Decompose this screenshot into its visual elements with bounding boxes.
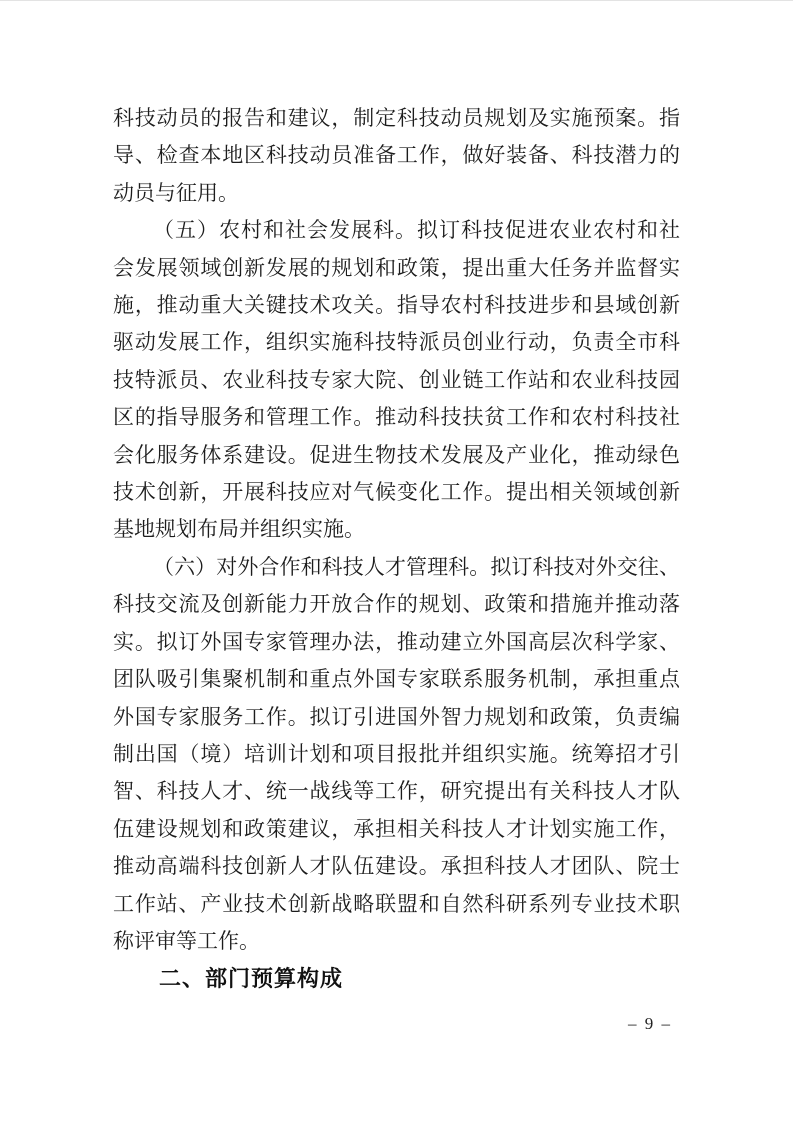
paragraph-section-5: （五）农村和社会发展科。拟订科技促进农业农村和社 会发展领域创新发展的规划和政策… <box>113 212 680 549</box>
body-line: （六）对外合作和科技人才管理科。拟订科技对外交往、 <box>113 549 680 586</box>
body-line: 施，推动重大关键技术攻关。指导农村科技进步和县域创新 <box>113 287 680 324</box>
body-line: 实。拟订外国专家管理办法，推动建立外国高层次科学家、 <box>113 624 680 661</box>
section-heading: 二、部门预算构成 <box>113 960 680 997</box>
body-line: 伍建设规划和政策建议，承担相关科技人才计划实施工作， <box>113 811 680 848</box>
paragraph-section-6: （六）对外合作和科技人才管理科。拟订科技对外交往、 科技交流及创新能力开放合作的… <box>113 549 680 960</box>
body-line: 智、科技人才、统一战线等工作，研究提出有关科技人才队 <box>113 773 680 810</box>
body-line: 工作站、产业技术创新战略联盟和自然科研系列专业技术职 <box>113 886 680 923</box>
body-line: 导、检查本地区科技动员准备工作，做好装备、科技潜力的 <box>113 137 680 174</box>
document-body: 科技动员的报告和建议，制定科技动员规划及实施预案。指 导、检查本地区科技动员准备… <box>113 100 680 998</box>
body-line: 称评审等工作。 <box>113 923 680 960</box>
body-line: 科技交流及创新能力开放合作的规划、政策和措施并推动落 <box>113 586 680 623</box>
body-line: 制出国（境）培训计划和项目报批并组织实施。统筹招才引 <box>113 736 680 773</box>
body-line: 团队吸引集聚机制和重点外国专家联系服务机制，承担重点 <box>113 661 680 698</box>
body-line: （五）农村和社会发展科。拟订科技促进农业农村和社 <box>113 212 680 249</box>
body-line: 科技动员的报告和建议，制定科技动员规划及实施预案。指 <box>113 100 680 137</box>
paragraph-continuation: 科技动员的报告和建议，制定科技动员规划及实施预案。指 导、检查本地区科技动员准备… <box>113 100 680 212</box>
page-number: – 9 – <box>612 1014 688 1034</box>
body-line: 驱动发展工作，组织实施科技特派员创业行动，负责全市科 <box>113 324 680 361</box>
body-line: 动员与征用。 <box>113 175 680 212</box>
body-line: 技特派员、农业科技专家大院、创业链工作站和农业科技园 <box>113 362 680 399</box>
body-line: 推动高端科技创新人才队伍建设。承担科技人才团队、院士 <box>113 848 680 885</box>
body-line: 区的指导服务和管理工作。推动科技扶贫工作和农村科技社 <box>113 399 680 436</box>
body-line: 外国专家服务工作。拟订引进国外智力规划和政策，负责编 <box>113 699 680 736</box>
body-line: 技术创新，开展科技应对气候变化工作。提出相关领域创新 <box>113 474 680 511</box>
body-line: 会化服务体系建设。促进生物技术发展及产业化，推动绿色 <box>113 437 680 474</box>
document-page: 科技动员的报告和建议，制定科技动员规划及实施预案。指 导、检查本地区科技动员准备… <box>0 0 793 1122</box>
body-line: 基地规划布局并组织实施。 <box>113 511 680 548</box>
page-top-edge <box>0 0 793 1</box>
body-line: 会发展领域创新发展的规划和政策，提出重大任务并监督实 <box>113 250 680 287</box>
